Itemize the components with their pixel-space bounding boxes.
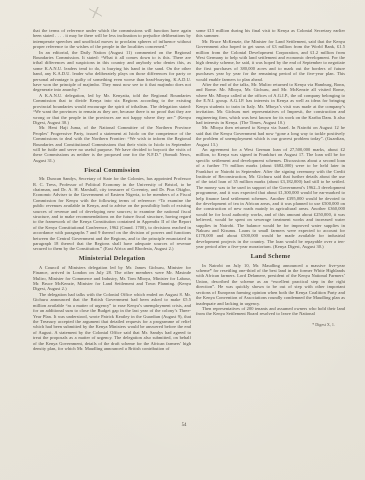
paragraph: Mr. Bruce McKenzie, the Minister for Lan… — [196, 39, 345, 82]
paragraph: An agreement for a West German loan of 2… — [196, 147, 345, 250]
paragraph: A Council of Ministers delegation led by… — [33, 265, 191, 292]
pencil-mark — [89, 7, 102, 18]
scanned-document-page: that the terms of reference under which … — [0, 0, 365, 480]
paragraph: In an editorial, the Daily Nation (Augus… — [33, 50, 191, 93]
paragraph: that the terms of reference under which … — [33, 28, 191, 50]
paragraph: Mr. Heni Haji Juma, of the National Comm… — [33, 125, 191, 163]
paragraph: The delegation had talks with the Coloni… — [33, 292, 191, 351]
paragraph: A K.A.N.U. delegation, led by Mr. Kenyat… — [33, 93, 191, 125]
section-heading-fiscal-commission: Fiscal Commission — [33, 167, 191, 174]
paragraph: After the end of the talks, Mr. Muliro r… — [196, 82, 345, 125]
section-heading-ministerial-delegation: Ministerial Delegation — [33, 255, 191, 262]
paragraph: Mr. Mboya then returned to Kenya via Isr… — [196, 125, 345, 147]
paragraph: In Nairobi on July 10, Mr. Maudling anno… — [196, 263, 345, 306]
section-heading-land-scheme: Land Scheme — [196, 253, 345, 260]
paragraph: some £15 million during his final visit … — [196, 28, 345, 39]
paragraph: Then representatives of 200 tenants and … — [196, 306, 345, 317]
left-column: that the terms of reference under which … — [33, 28, 191, 351]
paragraph: Mr. Duncan Sandys, Secretary of State fo… — [33, 176, 191, 252]
page-number: 54 — [174, 423, 194, 428]
footnote: * Digest X, 1. — [196, 322, 345, 327]
right-column: some £15 million during his final visit … — [196, 28, 345, 327]
